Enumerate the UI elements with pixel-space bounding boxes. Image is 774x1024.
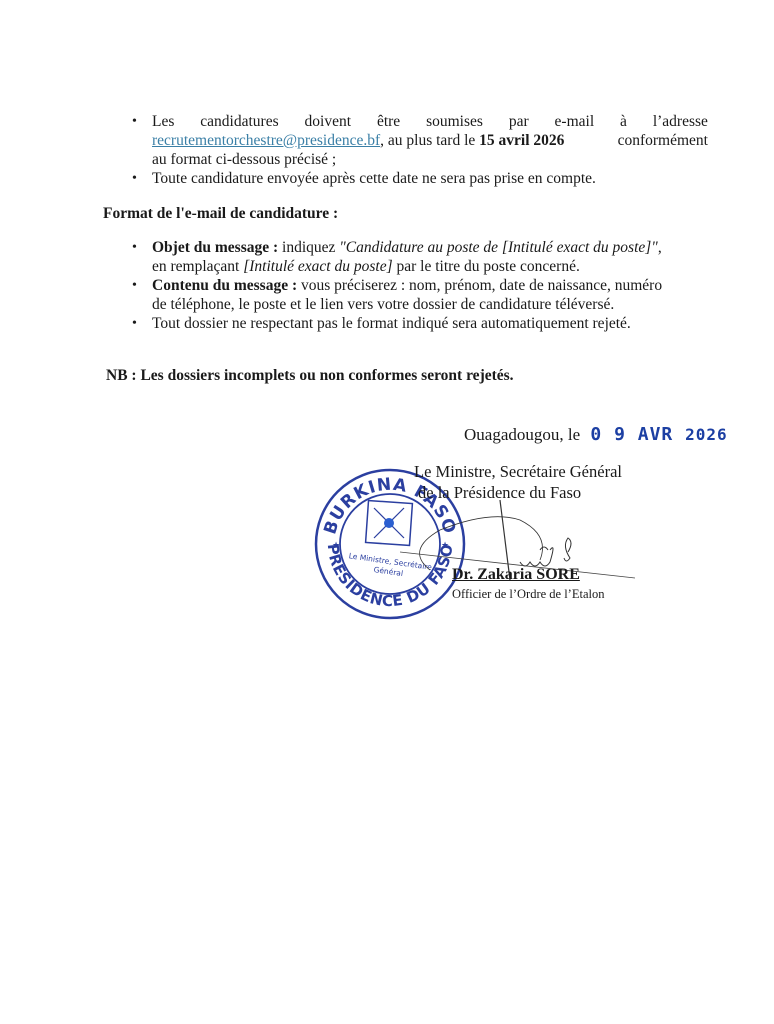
bullet-icon: • (132, 238, 137, 257)
bullet-icon: • (132, 314, 137, 333)
word: soumises (426, 112, 483, 131)
text: indiquez (278, 239, 339, 256)
date-stamp: 0 9 AVR 2026 (590, 424, 727, 445)
format-heading: Format de l'e-mail de candidature : (103, 205, 338, 223)
word: Les (152, 112, 174, 131)
title-line1: Le Ministre, Secrétaire Général (414, 461, 622, 482)
list-item: • Objet du message : indiquez "Candidatu… (152, 238, 708, 276)
bullet1-line2: recrutementorchestre@presidence.bf, au p… (152, 131, 708, 150)
list-item: • Toute candidature envoyée après cette … (152, 169, 708, 188)
place-text: Ouagadougou, le (464, 425, 580, 444)
text: , (658, 239, 662, 256)
item-label: Objet du message : (152, 239, 278, 256)
word: l’adresse (653, 112, 708, 131)
submission-rules-list: • Lescandidaturesdoiventêtresoumisespare… (152, 112, 708, 188)
word: doivent (305, 112, 352, 131)
word: candidatures (200, 112, 278, 131)
word: à (620, 112, 627, 131)
text: conformément (618, 131, 708, 150)
text: , au plus tard le (380, 132, 479, 149)
document-page: • Lescandidaturesdoiventêtresoumisespare… (0, 0, 774, 1024)
text: vous préciserez : nom, prénom, date de n… (297, 277, 662, 294)
text: de téléphone, le poste et le lien vers v… (152, 295, 708, 314)
email-format-list: • Objet du message : indiquez "Candidatu… (152, 238, 708, 333)
word: par (509, 112, 529, 131)
bullet1-line1: Lescandidaturesdoiventêtresoumisespare-m… (152, 112, 708, 131)
text: par le titre du poste concerné. (393, 258, 580, 275)
stamp-year: 2026 (685, 425, 728, 444)
word: être (377, 112, 400, 131)
svg-text:★: ★ (332, 540, 340, 550)
text: en remplaçant (152, 258, 243, 275)
stamp-day: 0 9 (590, 424, 626, 445)
stamp-month: AVR (638, 424, 674, 445)
list-item: • Contenu du message : vous préciserez :… (152, 276, 708, 314)
placeholder-text: [Intitulé exact du poste] (243, 258, 392, 275)
bullet1-line3: au format ci-dessous précisé ; (152, 150, 708, 169)
text: Tout dossier ne respectant pas le format… (152, 315, 631, 332)
bullet-icon: • (132, 169, 137, 188)
place-date: Ouagadougou, le 0 9 AVR 2026 (464, 424, 728, 445)
signatory-name: Dr. Zakaria SORE (452, 566, 580, 584)
item-label: Contenu du message : (152, 277, 297, 294)
list-item: • Tout dossier ne respectant pas le form… (152, 314, 708, 333)
nb-note: NB : Les dossiers incomplets ou non conf… (106, 367, 514, 385)
word: e-mail (555, 112, 595, 131)
signatory-distinction: Officier de l’Ordre de l’Etalon (452, 587, 604, 602)
subject-template: "Candidature au poste de [Intitulé exact… (339, 239, 658, 256)
list-item: • Lescandidaturesdoiventêtresoumisespare… (152, 112, 708, 169)
email-link[interactable]: recrutementorchestre@presidence.bf (152, 132, 380, 149)
deadline-date: 15 avril 2026 (479, 132, 564, 149)
bullet-icon: • (132, 276, 137, 295)
bullet2-text: Toute candidature envoyée après cette da… (152, 170, 596, 187)
bullet-icon: • (132, 112, 137, 131)
